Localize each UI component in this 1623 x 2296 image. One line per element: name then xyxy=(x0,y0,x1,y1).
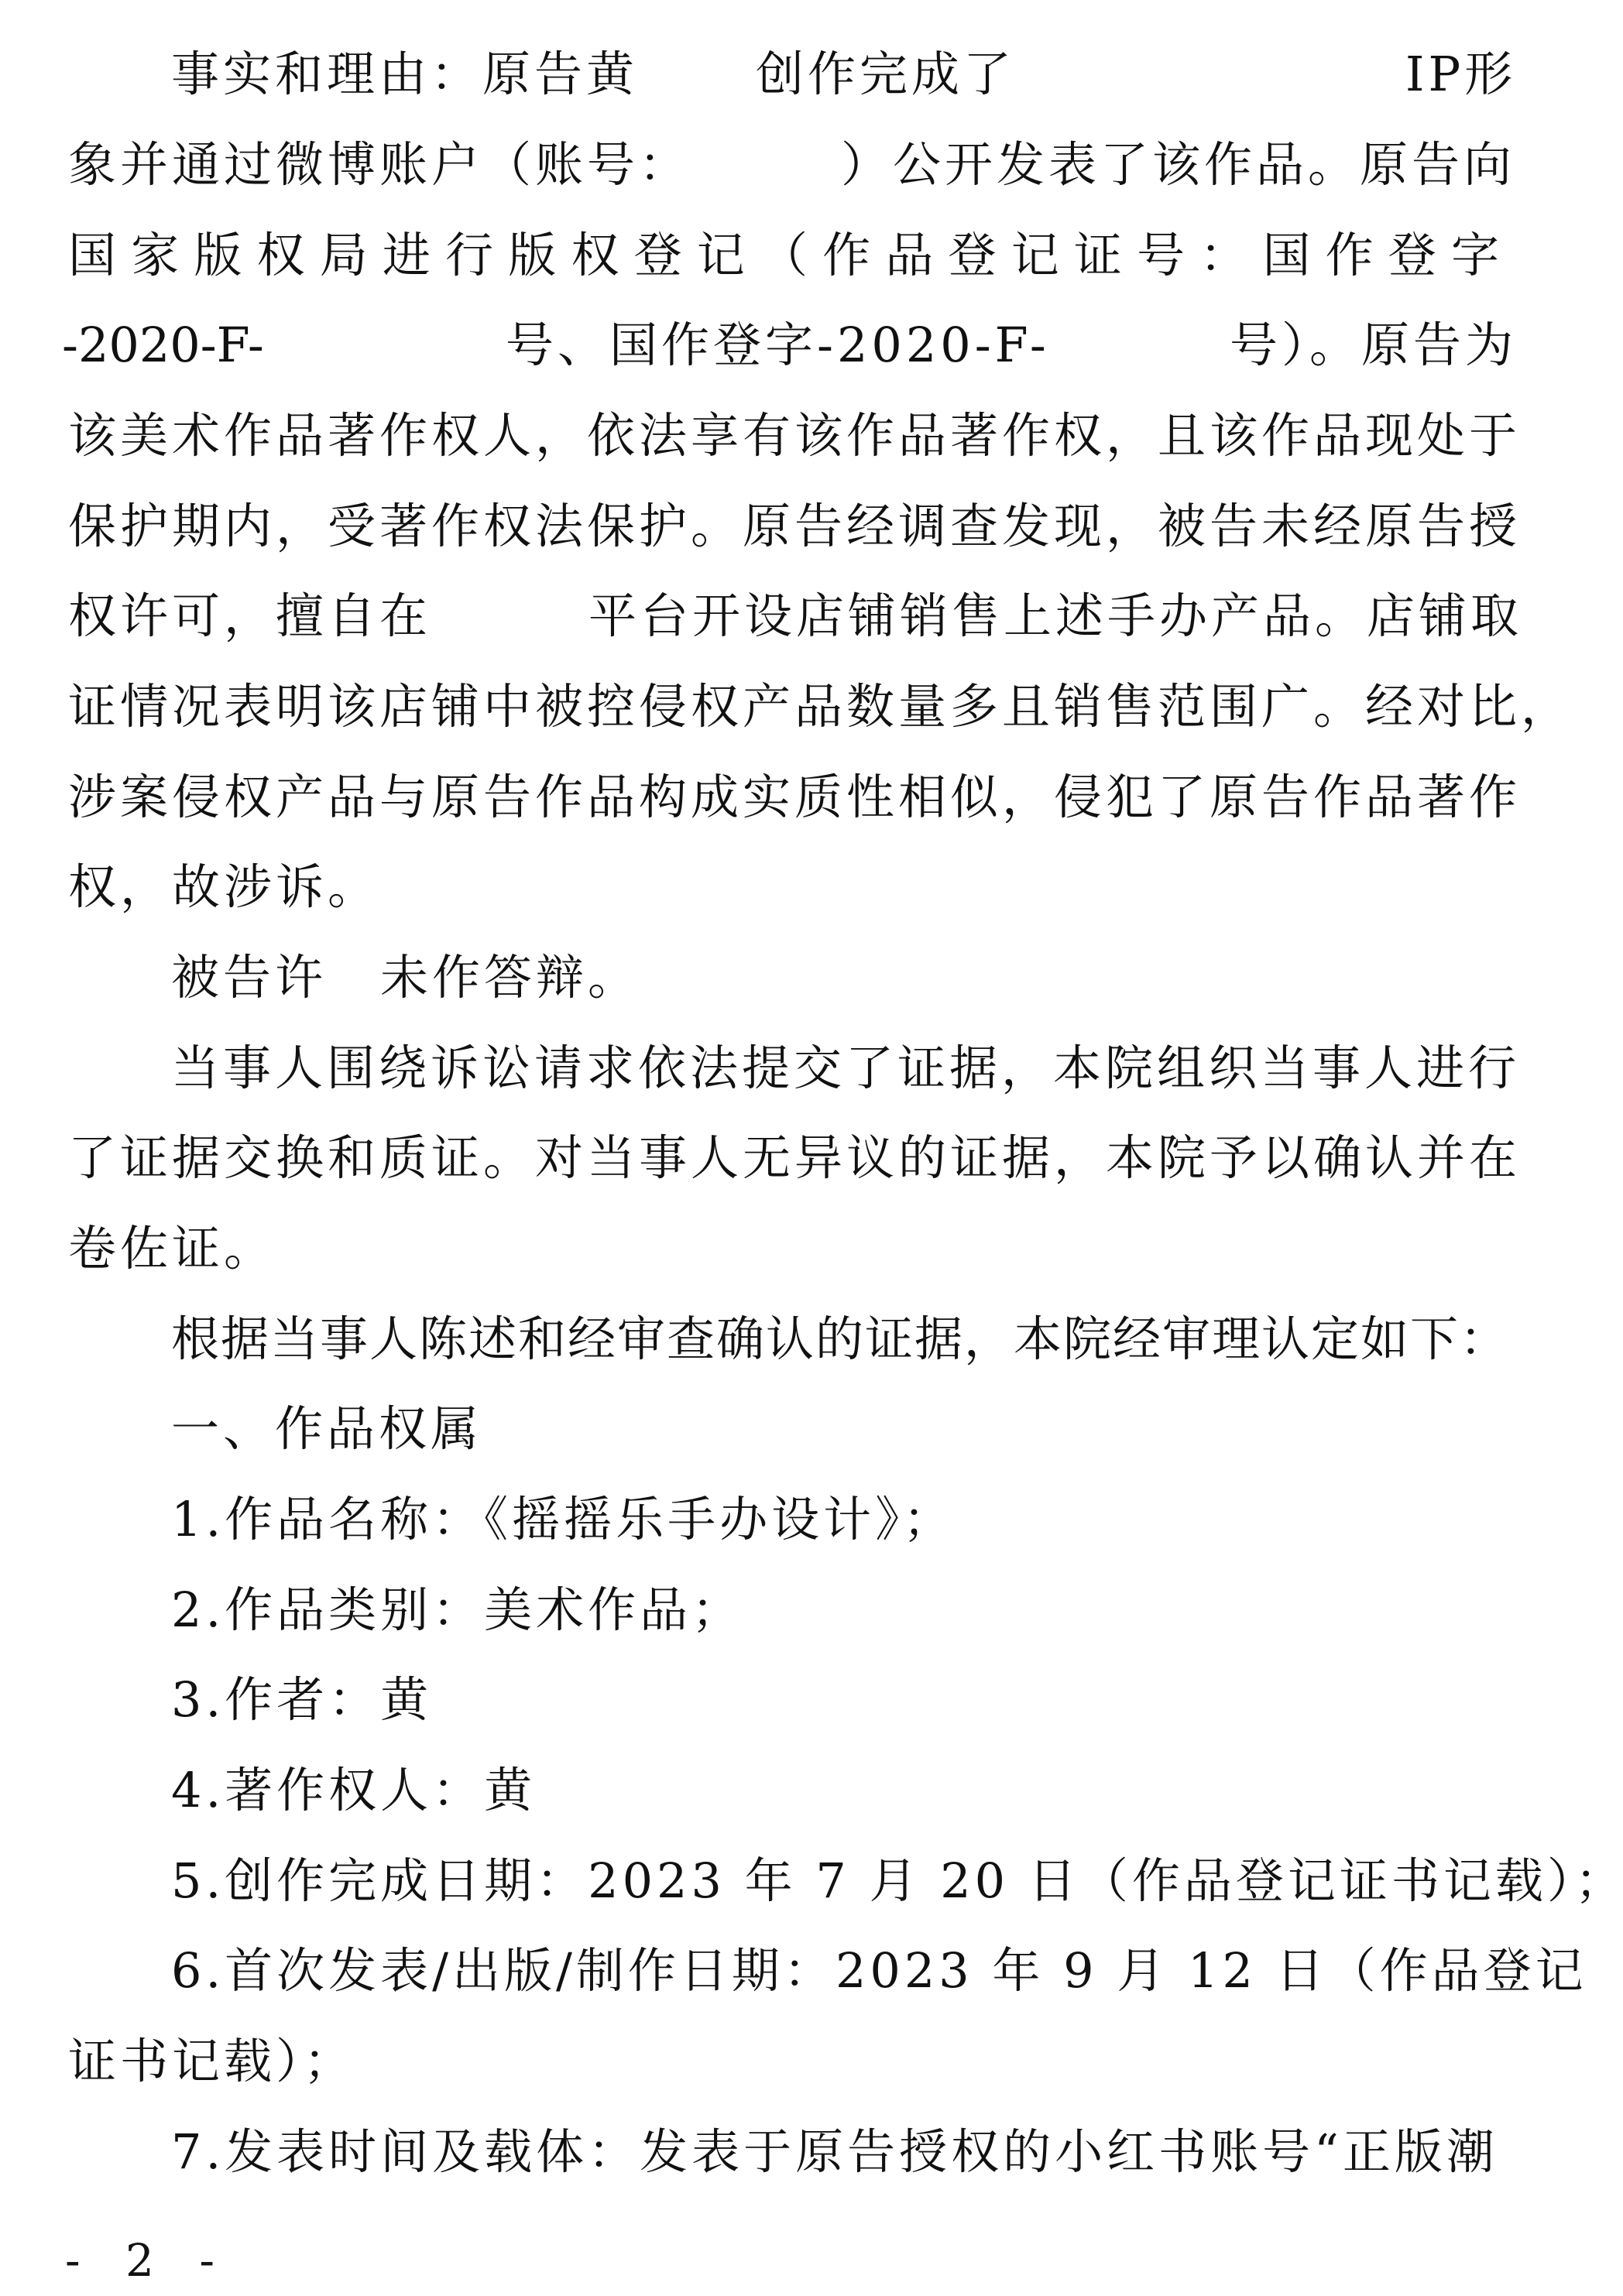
evidence-line-3-text: 卷佐证。 xyxy=(68,1220,276,1277)
ownership-item-3-label: 3.作者： xyxy=(171,1671,380,1728)
ownership-item-2-value: 美术作品； xyxy=(484,1581,743,1638)
evidence-line-2: 了证据交换和质证。对当事人无异议的证据，本院予以确认并在 xyxy=(68,1127,1513,1189)
facts-line-4-c: 号）。原告为 xyxy=(1230,314,1517,376)
ownership-item-7-value: 发表于原告授权的小红书账号“正版潮 xyxy=(640,2123,1498,2180)
ownership-item-6-value: 2023 年 9 月 12 日（作品登记 xyxy=(836,1942,1587,1999)
evidence-line-3: 卷佐证。 xyxy=(68,1218,1513,1280)
ownership-item-4: 4.著作权人：黄 xyxy=(171,1760,1513,1821)
findings-line: 根据当事人陈述和经审查确认的证据，本院经审理认定如下： xyxy=(171,1308,1513,1370)
facts-line-5-text: 该美术作品著作权人，依法享有该作品著作权，且该作品现处于 xyxy=(68,407,1521,464)
ownership-item-4-label: 4.著作权人： xyxy=(171,1762,484,1818)
facts-line-7-a: 权许可，擅自在 xyxy=(68,585,431,647)
ownership-item-2: 2.作品类别：美术作品； xyxy=(171,1579,1513,1641)
facts-line-1-c: IP形 xyxy=(1405,43,1516,105)
section-heading-text: 一、作品权属 xyxy=(171,1400,482,1457)
ownership-item-3-value: 黄 xyxy=(380,1671,432,1728)
facts-line-3: 国家版权局进行版权登记（作品登记证号：国作登字 xyxy=(68,224,1513,286)
evidence-line-1: 当事人围绕诉讼请求依法提交了证据，本院组织当事人进行 xyxy=(171,1037,1513,1099)
facts-line-6: 保护期内，受著作权法保护。原告经调查发现，被告未经原告授 xyxy=(68,495,1513,557)
facts-line-4: -2020-F- 号、国作登字-2020-F- 号）。原告为 xyxy=(68,314,1513,376)
facts-line-10: 权，故涉诉。 xyxy=(68,856,1513,918)
facts-line-7-b: 平台开设店铺销售上述手办产品。店铺取 xyxy=(588,585,1522,647)
ownership-item-5-label: 5.创作完成日期： xyxy=(171,1852,588,1909)
facts-line-4-a: -2020-F- xyxy=(62,314,264,376)
ownership-item-6-label: 6.首次发表/出版/制作日期： xyxy=(171,1942,836,1999)
facts-line-4-b: 号、国作登字-2020-F- xyxy=(506,314,1050,376)
facts-line-6-text: 保护期内，受著作权法保护。原告经调查发现，被告未经原告授 xyxy=(68,498,1521,554)
evidence-line-1-text: 当事人围绕诉讼请求依法提交了证据，本院组织当事人进行 xyxy=(171,1040,1520,1096)
ownership-item-5: 5.创作完成日期：2023 年 7 月 20 日（作品登记证书记载）； xyxy=(171,1850,1513,1912)
ownership-item-5-value: 2023 年 7 月 20 日（作品登记证书记载）； xyxy=(588,1852,1623,1909)
facts-line-1: 事实和理由：原告黄 创作完成了 IP形 xyxy=(171,43,1513,105)
ownership-item-2-label: 2.作品类别： xyxy=(171,1581,484,1638)
section-heading-work-ownership: 一、作品权属 xyxy=(171,1398,1513,1460)
facts-line-2: 象并通过微博账户（账号： ）公开发表了该作品。原告向 xyxy=(68,134,1513,196)
defendant-line-a: 被告许 xyxy=(171,947,327,1009)
findings-line-text: 根据当事人陈述和经审查确认的证据，本院经审理认定如下： xyxy=(171,1311,1509,1367)
facts-line-9-text: 涉案侵权产品与原告作品构成实质性相似，侵犯了原告作品著作 xyxy=(68,769,1521,825)
evidence-line-2-text: 了证据交换和质证。对当事人无异议的证据，本院予以确认并在 xyxy=(68,1129,1521,1186)
facts-line-10-text: 权，故涉诉。 xyxy=(68,858,379,915)
ownership-item-1: 1.作品名称：《摇摇乐手办设计》； xyxy=(171,1489,1513,1551)
facts-line-5: 该美术作品著作权人，依法享有该作品著作权，且该作品现处于 xyxy=(68,405,1513,467)
page-number: - 2 - xyxy=(65,2229,230,2291)
facts-line-7: 权许可，擅自在 平台开设店铺销售上述手办产品。店铺取 xyxy=(68,585,1513,647)
ownership-item-1-value: 《摇摇乐手办设计》； xyxy=(484,1491,955,1547)
facts-line-9: 涉案侵权产品与原告作品构成实质性相似，侵犯了原告作品著作 xyxy=(68,766,1513,828)
facts-line-1-a: 事实和理由：原告黄 xyxy=(171,43,638,105)
ownership-item-7-label: 7.发表时间及载体： xyxy=(171,2123,640,2180)
ownership-item-6-continuation-text: 证书记载）； xyxy=(68,2033,355,2089)
ownership-item-7: 7.发表时间及载体：发表于原告授权的小红书账号“正版潮 xyxy=(171,2121,1513,2183)
facts-line-1-b: 创作完成了 xyxy=(756,43,1015,105)
document-page: 事实和理由：原告黄 创作完成了 IP形 象并通过微博账户（账号： ）公开发表了该… xyxy=(0,0,1623,2296)
facts-line-2-a: 象并通过微博账户（账号： xyxy=(68,134,691,196)
facts-line-2-b: ）公开发表了该作品。原告向 xyxy=(841,134,1515,196)
facts-line-8: 证情况表明该店铺中被控侵权产品数量多且销售范围广。经对比， xyxy=(68,676,1513,738)
ownership-item-6-continuation: 证书记载）； xyxy=(68,2030,1513,2092)
ownership-item-3: 3.作者：黄 xyxy=(171,1669,1513,1731)
ownership-item-4-value: 黄 xyxy=(484,1762,536,1818)
defendant-line-b: 未作答辩。 xyxy=(380,947,640,1009)
ownership-item-6: 6.首次发表/出版/制作日期：2023 年 9 月 12 日（作品登记 xyxy=(171,1940,1513,2002)
ownership-item-1-label: 1.作品名称： xyxy=(171,1491,484,1547)
facts-line-8-text: 证情况表明该店铺中被控侵权产品数量多且销售范围广。经对比， xyxy=(68,678,1573,735)
defendant-line: 被告许 未作答辩。 xyxy=(171,947,1513,1009)
